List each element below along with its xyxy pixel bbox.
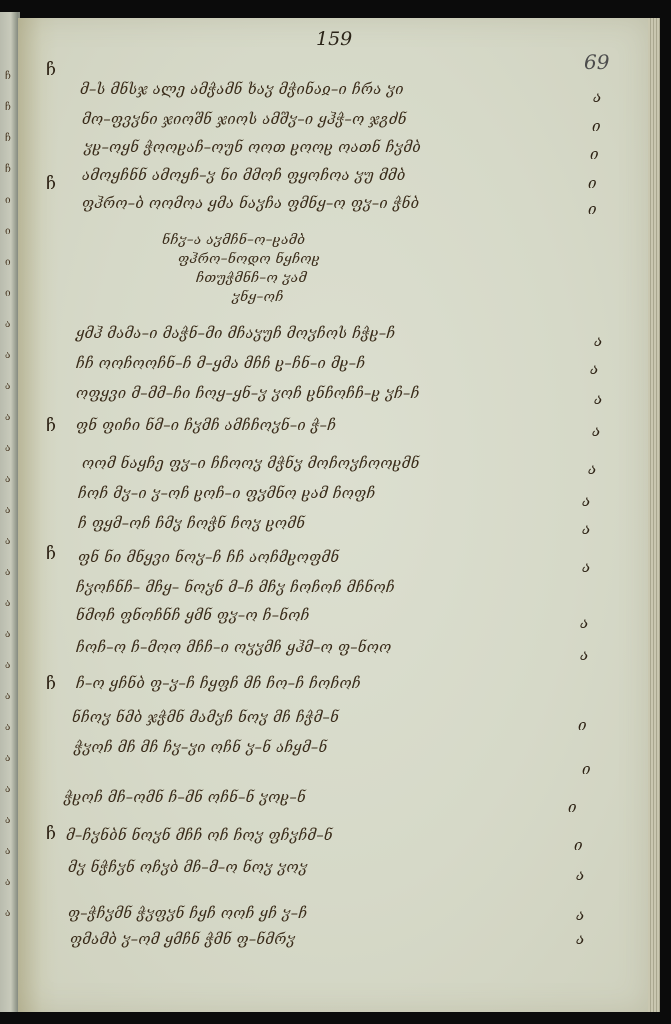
line-end-mark: ა [594,392,602,407]
manuscript-scan: ჩჩჩჩიიიიაააააააააააააააააააა 159 69 მ–ს … [0,0,671,1024]
line-end-mark: ი [578,718,587,733]
line-end-mark: ი [588,176,597,191]
previous-leaf-mark: ჩ [5,72,11,82]
previous-leaf-mark: ა [5,382,10,392]
text-line: ჩ–ო ყჩნბ ფ–ჳ–ჩ ჩყფჩ მჩ ჩო–ჩ ჩოჩოჩ [76,676,361,692]
verse-marker: ჩ [46,176,56,193]
line-end-mark: ა [580,616,588,631]
line-end-mark: ა [582,494,590,509]
line-end-mark: ი [588,202,597,217]
line-end-mark: ა [594,334,602,349]
verse-marker: ჩ [46,62,56,79]
text-line: ჩ ფყმ–ოჩ ჩმჳ ჩოჭნ ჩოჳ ჸომნ [78,516,305,532]
previous-leaf-mark: ი [5,258,11,268]
text-line: ჩოჩ–ო ჩ–მოო მჩჩ–ი ოჳჳმჩ ყჰმ–ო ფ–ნოო [76,640,392,656]
line-end-mark: ა [588,462,596,477]
text-line: ნჩოჳ ნმბ ჯჭმნ მამჳჩ ნოჳ მჩ ჩჭმ–ნ [72,710,339,726]
previous-leaf-mark: ი [5,289,11,299]
previous-leaf-mark: ა [5,320,10,330]
previous-leaf-mark: ჩ [5,134,11,144]
previous-leaf-mark: ა [5,599,10,609]
previous-leaf-mark: ა [5,754,10,764]
previous-leaf-mark: ა [5,692,10,702]
centered-text-line: ნჩჳ–ა აჳმჩნ–ო–ჸამბ [162,232,305,248]
previous-leaf-mark: ა [5,816,10,826]
text-line: ფნ ფიჩი ნმ–ი ჩჳმჩ ამჩჩოჳნ–ი ჭ–ჩ [76,418,336,434]
previous-leaf-mark: ი [5,227,11,237]
line-end-mark: ა [576,932,584,947]
text-line: ოომ ნაყჩე ფჳ–ი ჩჩოოჳ მჭნჳ მოჩოჳჩოოჸმნ [82,456,420,472]
previous-leaf-mark: ჩ [5,165,11,175]
previous-leaf-mark: ა [5,661,10,671]
line-end-mark: ი [592,119,601,134]
text-line: ჭჸოჩ მჩ–ომნ ჩ–მნ ოჩნ–ნ ჳოჸ–ნ [64,790,306,806]
text-line: ფნ ნი მნყვი ნოჳ–ჩ ჩჩ აოჩმჸოფმნ [78,550,339,566]
text-line: მ–ს მნსჯ ალე ამჭამნ ხაჳ მჭინაჲ–ი ჩრა ჳი [80,82,550,98]
centered-text-line: ჳნყ–ოჩ [232,289,284,305]
previous-leaf-mark: ა [5,413,10,423]
centered-text-line: ფჰრო–ნოდო ნყჩოჸ [178,251,320,267]
previous-leaf-mark: ა [5,785,10,795]
verse-marker: ჩ [46,826,56,843]
line-end-mark: ა [592,424,600,439]
line-end-mark: ა [582,560,590,575]
previous-leaf-edge: ჩჩჩჩიიიიაააააააააააააააააააა [0,12,20,1012]
verse-marker: ჩ [46,418,56,435]
line-end-mark: ა [580,648,588,663]
previous-leaf-mark: ა [5,444,10,454]
text-line: ოფყვი მ–მმ–ჩი ჩოყ–ყნ–ჳ ჳოჩ ჸნჩოჩჩ–ჸ ჳჩ–ჩ [76,386,420,402]
line-end-mark: ა [582,522,590,537]
text-line: ფ–ჭჩჳმნ ჭჳფჳნ ჩყჩ ოოჩ ყჩ ჳ–ჩ [68,906,307,922]
line-end-mark: ი [568,800,577,815]
text-line: ჩჩ ოოჩოოჩნ–ჩ მ–ყმა მჩჩ ჸ–ჩნ–ი მჸ–ჩ [76,356,365,372]
text-line: ყმჰ მამა–ი მაჭნ–მი მჩაჳუჩ მოჳჩოს ჩჭჸ–ჩ [76,326,395,342]
previous-leaf-mark: ა [5,847,10,857]
previous-leaf-mark: ა [5,723,10,733]
text-line: ამოყჩნნ ამოყჩ–ჳ ნი მმოჩ ფყოჩოა ჳუ მმბ [82,168,406,184]
text-line: მ–ჩჳნბნ ნოჳნ მჩჩ ოჩ ჩოჳ ფჩჳჩმ–ნ [66,828,333,844]
folio-number: 69 [584,50,609,74]
previous-leaf-mark: ა [5,878,10,888]
text-line: ჩოჩ მჳ–ი ჳ–ოჩ ჸოჩ–ი ფჳმნო ჸამ ჩოფჩ [78,486,375,502]
centered-text-line: ჩთუჭმნჩ–ო ჳამ [196,270,307,286]
verse-marker: ჩ [46,546,56,563]
line-end-mark: ა [593,90,601,105]
previous-leaf-mark: ა [5,630,10,640]
previous-leaf-mark: ი [5,196,11,206]
previous-leaf-mark: ა [5,537,10,547]
previous-leaf-mark: ა [5,568,10,578]
text-line: მჳ ნჭჩჳნ ოჩჳბ მჩ–მ–ო ნოჳ ჳოჳ [68,860,308,876]
text-line: მო–ფვჳნი ჯიოშნ ჯიოს ამშჳ–ი ყჰჭ–ო ჯგძნ [82,112,407,128]
line-end-mark: ი [590,147,599,162]
previous-leaf-mark: ა [5,351,10,361]
text-line: ფჰრო–ბ ოომოა ყმა ნაჳჩა ფმნყ–ო ფჳ–ი ჭნბ [82,196,419,212]
previous-leaf-mark: ჩ [5,103,11,113]
text-line: ფმამბ ჳ–ომ ყმჩნ ჭმნ ფ–ნმრჳ [70,932,295,948]
page-edge-leaves [648,18,660,1012]
line-end-mark: ა [590,362,598,377]
text-line: ჳჸ–ოყნ ჭოოჸაჩ–ოუნ ოოთ ჸოოჸ ოათნ ჩჳმბ [84,140,421,156]
gutter-stain [18,18,58,1012]
previous-leaf-mark: ა [5,506,10,516]
text-line: ნმოჩ ფნოჩნჩ ყმნ ფჳ–ო ჩ–ნოჩ [76,608,310,624]
line-end-mark: ი [574,838,583,853]
previous-leaf-mark: ა [5,909,10,919]
text-line: ჩჳოჩნჩ– მჩყ– ნოჳნ მ–ჩ მჩჳ ჩოჩოჩ მჩნოჩ [76,580,395,596]
verse-marker: ჩ [46,676,56,693]
line-end-mark: ა [576,908,584,923]
text-line: ჭჳოჩ მჩ მჩ ჩჳ–ჳი ოჩნ ჳ–ნ აჩყმ–ნ [74,740,327,756]
page-number: 159 [316,28,352,50]
previous-leaf-mark: ა [5,475,10,485]
line-end-mark: ი [582,762,591,777]
line-end-mark: ა [576,868,584,883]
